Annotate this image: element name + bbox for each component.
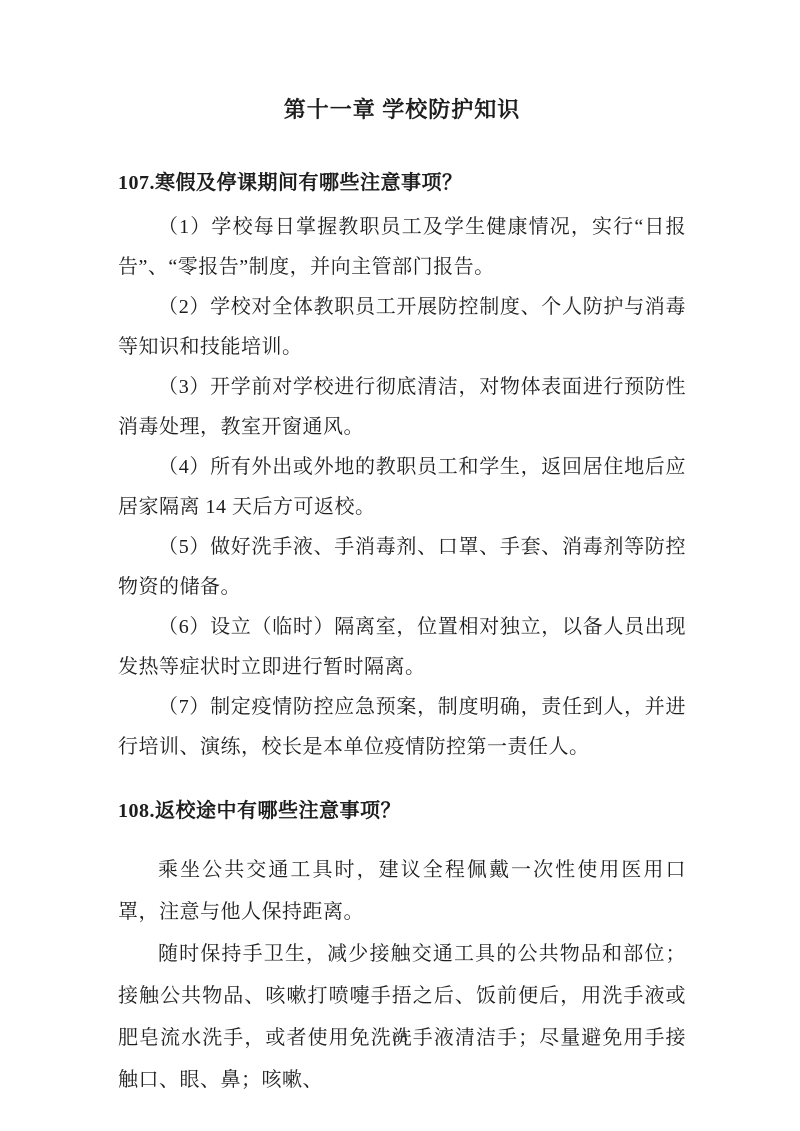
paragraph: （4）所有外出或外地的教职员工和学生，返回居住地后应居家隔离 14 天后方可返校… bbox=[118, 447, 686, 527]
section-heading-107: 107.寒假及停课期间有哪些注意事项？ bbox=[118, 169, 686, 197]
document-page: 第十一章 学校防护知识 107.寒假及停课期间有哪些注意事项？ （1）学校每日掌… bbox=[0, 0, 800, 1131]
paragraph: （3）开学前对学校进行彻底清洁，对物体表面进行预防性消毒处理，教室开窗通风。 bbox=[118, 367, 686, 447]
section-heading-108: 108.返校途中有哪些注意事项？ bbox=[118, 797, 686, 825]
paragraph: （1）学校每日掌握教职员工及学生健康情况，实行“日报告”、“零报告”制度，并向主… bbox=[118, 207, 686, 287]
section-107-body: （1）学校每日掌握教职员工及学生健康情况，实行“日报告”、“零报告”制度，并向主… bbox=[118, 207, 686, 767]
paragraph: （2）学校对全体教职员工开展防控制度、个人防护与消毒等知识和技能培训。 bbox=[118, 287, 686, 367]
paragraph: 乘坐公共交通工具时，建议全程佩戴一次性使用医用口罩，注意与他人保持距离。 bbox=[118, 849, 686, 933]
paragraph: （7）制定疫情防控应急预案，制度明确，责任到人，并进行培训、演练，校长是本单位疫… bbox=[118, 687, 686, 767]
section-108-body: 乘坐公共交通工具时，建议全程佩戴一次性使用医用口罩，注意与他人保持距离。 随时保… bbox=[118, 849, 686, 1101]
chapter-title: 第十一章 学校防护知识 bbox=[118, 95, 686, 125]
paragraph: （5）做好洗手液、手消毒剂、口罩、手套、消毒剂等防控物资的储备。 bbox=[118, 527, 686, 607]
paragraph: 随时保持手卫生，减少接触交通工具的公共物品和部位；接触公共物品、咳嗽打喷嚏手捂之… bbox=[118, 933, 686, 1101]
page-number: 68 bbox=[0, 1030, 800, 1047]
paragraph: （6）设立（临时）隔离室，位置相对独立，以备人员出现发热等症状时立即进行暂时隔离… bbox=[118, 607, 686, 687]
